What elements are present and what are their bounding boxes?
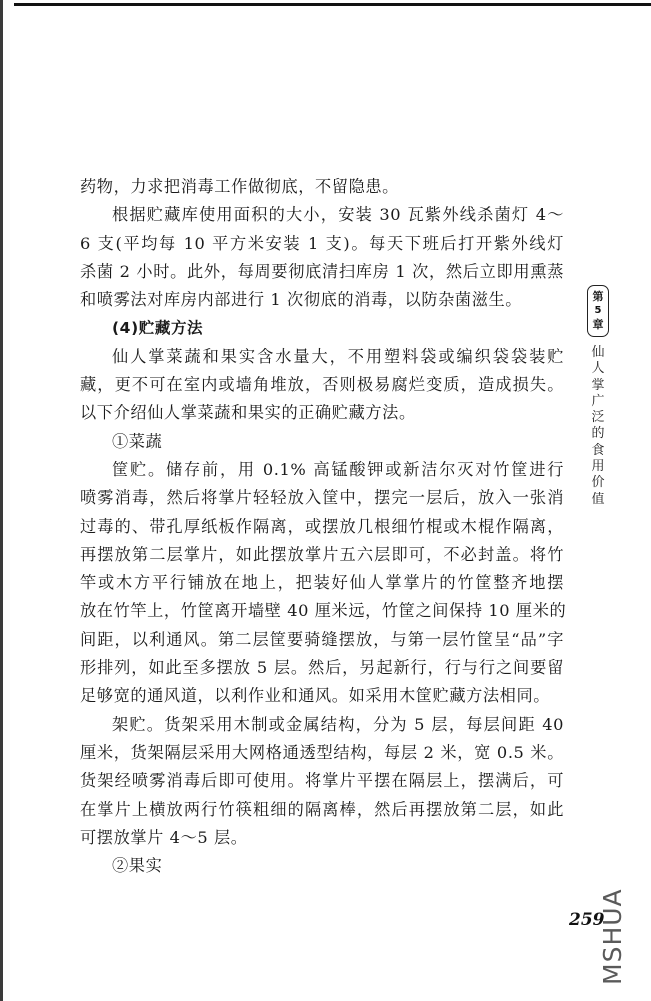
paragraph-line: 筐贮。储存前，用 0.1% 高锰酸钾或新洁尔灭对竹筐进行 (80, 456, 564, 484)
paragraph-line: 竿或木方平行铺放在地上，把装好仙人掌掌片的竹筐整齐地摆 (80, 569, 564, 597)
paragraph-line: 药物，力求把消毒工作做彻底，不留隐患。 (80, 173, 564, 201)
chapter-suffix: 章 (593, 318, 604, 332)
paragraph-line: 杀菌 2 小时。此外，每周要彻底清扫库房 1 次，然后立即用熏蒸 (80, 258, 564, 286)
paragraph-line: 间距，以利通风。第二层筐要骑缝摆放，与第一层竹筐呈“品”字 (80, 626, 564, 654)
chapter-prefix: 第 (593, 290, 604, 304)
paragraph-line: 架贮。货架采用木制或金属结构，分为 5 层，每层间距 40 (80, 711, 564, 739)
subsection-heading: ②果实 (80, 852, 564, 880)
paragraph-line: 足够宽的通风道，以利作业和通风。如采用木筐贮藏方法相同。 (80, 682, 564, 710)
paragraph-line: 货架经喷雾消毒后即可使用。将掌片平摆在隔层上，摆满后，可 (80, 767, 564, 795)
header-rule (14, 3, 651, 6)
section-heading: (4)贮藏方法 (80, 314, 564, 342)
subsection-heading: ①菜蔬 (80, 428, 564, 456)
paragraph-line: 仙人掌菜蔬和果实含水量大，不用塑料袋或编织袋袋装贮 (80, 343, 564, 371)
paragraph-line: 过毒的、带孔厚纸板作隔离，或摆放几根细竹棍或木棍作隔离， (80, 513, 564, 541)
paragraph-line: 在掌片上横放两行竹筷粗细的隔离棒，然后再摆放第二层，如此 (80, 796, 564, 824)
paragraph-line: 6 支(平均每 10 平方米安装 1 支)。每天下班后打开紫外线灯 (80, 230, 564, 258)
paragraph-line: 厘米，货架隔层采用大网格通透型结构，每层 2 米，宽 0.5 米。 (80, 739, 564, 767)
page-left-edge (0, 0, 3, 1001)
paragraph-line: 以下介绍仙人掌菜蔬和果实的正确贮藏方法。 (80, 399, 564, 427)
chapter-title-vertical: 仙人掌广泛的食用价值 (590, 345, 606, 508)
paragraph-line: 和喷雾法对库房内部进行 1 次彻底的消毒，以防杂菌滋生。 (80, 286, 564, 314)
chapter-number: 5 (595, 304, 602, 318)
paragraph-line: 形排列，如此至多摆放 5 层。然后，另起新行，行与行之间要留 (80, 654, 564, 682)
paragraph-line: 可摆放掌片 4～5 层。 (80, 824, 564, 852)
paragraph-line: 再摆放第二层掌片，如此摆放掌片五六层即可，不必封盖。将竹 (80, 541, 564, 569)
chapter-tab: 第 5 章 (587, 285, 609, 337)
paragraph-line: 根据贮藏库使用面积的大小，安装 30 瓦紫外线杀菌灯 4～ (80, 201, 564, 229)
paragraph-line: 喷雾消毒，然后将掌片轻轻放入筐中，摆完一层后，放入一张消 (80, 484, 564, 512)
watermark: MSHUA (598, 888, 627, 985)
body-text: 药物，力求把消毒工作做彻底，不留隐患。 根据贮藏库使用面积的大小，安装 30 瓦… (80, 173, 564, 880)
paragraph-line: 藏，更不可在室内或墙角堆放，否则极易腐烂变质，造成损失。 (80, 371, 564, 399)
paragraph-line: 放在竹竿上，竹筐离开墙壁 40 厘米远，竹筐之间保持 10 厘米的 (80, 597, 564, 625)
